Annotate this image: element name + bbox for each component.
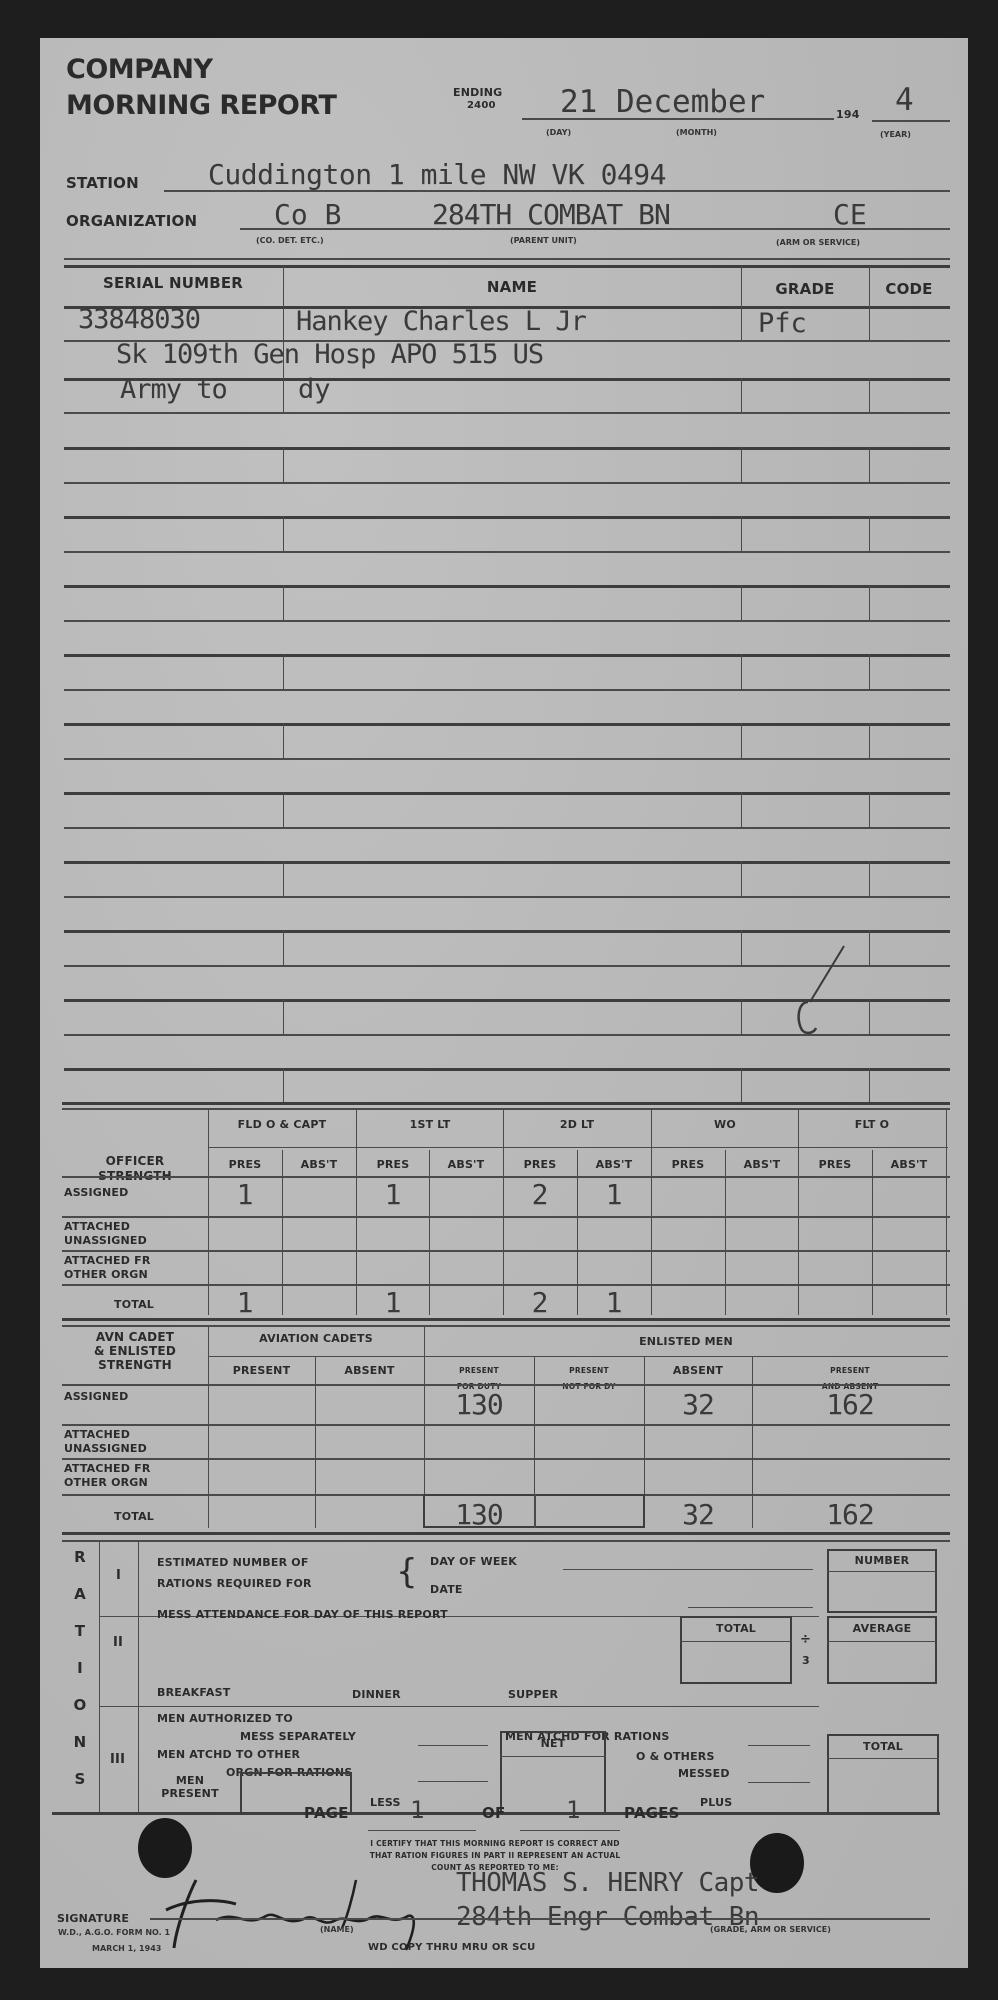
officer-row-label: ATTACHEDUNASSIGNED [64, 1220, 204, 1248]
roster-column-divider [283, 585, 284, 620]
ending-label: ENDING [453, 86, 502, 99]
enlisted-title-2: & ENLISTED [62, 1344, 208, 1358]
roster-column-divider [869, 792, 870, 827]
roster-column-divider [869, 585, 870, 620]
roster-line [64, 758, 950, 760]
enlisted-row-line [62, 1424, 950, 1426]
men-authorized-line2: MESS SEPARATELY [240, 1730, 356, 1743]
code-divider [869, 378, 870, 412]
section-i-line1: ESTIMATED NUMBER OF [157, 1556, 309, 1569]
form-date: MARCH 1, 1943 [92, 1944, 161, 1953]
officer-row-label: ASSIGNED [64, 1186, 204, 1200]
company-caption: (CO. DET. ETC.) [256, 236, 324, 245]
roster-line [64, 896, 950, 898]
officer-table-top-2 [62, 1108, 950, 1110]
organization-label: ORGANIZATION [66, 212, 197, 230]
brace-icon: { [396, 1552, 418, 1592]
officer-row-label-line1: ATTACHED [64, 1220, 204, 1234]
roster-column-divider [869, 447, 870, 482]
roster-column-divider [869, 861, 870, 896]
signer-name: THOMAS S. HENRY Capt [456, 1868, 759, 1898]
enlisted-cell-value: 162 [752, 1388, 948, 1421]
enlisted-header-divider [208, 1356, 948, 1357]
dinner-label: DINNER [352, 1688, 401, 1701]
enlisted-row-label: ASSIGNED [64, 1390, 204, 1404]
section-i-line2: RATIONS REQUIRED FOR [157, 1577, 312, 1590]
roster-column-divider [869, 516, 870, 551]
day-of-week-field[interactable] [563, 1569, 813, 1570]
officer-group-header: 1ST LT [356, 1118, 504, 1131]
enlisted-subheader: PRESENTNOT FOR DY [534, 1363, 644, 1395]
officer-cell-value: 1 [577, 1178, 651, 1211]
entry-name: Hankey Charles L Jr [296, 306, 586, 337]
enlisted-subheader: ABSENT [315, 1363, 424, 1379]
rations-divider-1 [99, 1542, 100, 1812]
organization-parent-unit: 284TH COMBAT BN [432, 198, 670, 231]
roster-line [64, 930, 950, 933]
supper-label: SUPPER [508, 1688, 558, 1701]
roster-column-divider [741, 1068, 742, 1103]
net-label: NET [500, 1737, 606, 1750]
parent-unit-caption: (PARENT UNIT) [510, 236, 577, 245]
section-ii-numeral: II [113, 1635, 123, 1650]
aviation-cadets-header: AVIATION CADETS [208, 1332, 424, 1345]
enlisted-row-label: TOTAL [64, 1510, 204, 1524]
officer-cell-value: 1 [577, 1286, 651, 1319]
roster-line [64, 620, 950, 622]
month-caption: (MONTH) [676, 128, 717, 137]
copy-note: WD COPY THRU MRU OR SCU [368, 1942, 535, 1953]
rations-total-divider [827, 1758, 939, 1759]
men-present-line1: MEN [140, 1774, 240, 1787]
officer-subheader: PRES [208, 1158, 282, 1171]
form-title-line1: COMPANY [66, 54, 213, 85]
roster-line [64, 447, 950, 450]
date-underline [522, 118, 834, 120]
plus-label: PLUS [700, 1796, 732, 1809]
of-label: OF [482, 1804, 505, 1822]
officer-subheader: ABS'T [725, 1158, 799, 1171]
roster-column-divider [869, 930, 870, 965]
rations-side-letter: T [62, 1622, 98, 1640]
enlisted-strength-title: AVN CADET & ENLISTED STRENGTH [62, 1330, 208, 1372]
roster-column-divider [283, 792, 284, 827]
breakfast-label: BREAKFAST [157, 1686, 230, 1699]
col-text: PRESENT [424, 1363, 534, 1379]
col-present: PRESENT [208, 1363, 315, 1379]
arm-caption: (ARM OR SERVICE) [776, 238, 860, 247]
entry-remark-line1: Sk 109th Gen Hosp APO 515 US [116, 339, 543, 370]
entry-remark-line2a: Army to [120, 374, 227, 405]
officer-column-divider [282, 1150, 283, 1315]
handwritten-c-mark-icon [758, 940, 848, 1040]
officer-subheader: ABS'T [577, 1158, 651, 1171]
officer-subheader: PRES [651, 1158, 725, 1171]
rations-side-letter: A [62, 1585, 98, 1603]
enlisted-row-line [62, 1384, 950, 1386]
enlisted-cell-value: 162 [752, 1498, 948, 1531]
enlisted-title-1: AVN CADET [62, 1330, 208, 1344]
average-label: AVERAGE [827, 1622, 937, 1635]
officer-row-label: ATTACHED FROTHER ORGN [64, 1254, 204, 1282]
officer-strength-title: OFFICER STRENGTH [62, 1154, 208, 1184]
binder-hole-left [138, 1818, 192, 1878]
enlisted-row-label-line1: ASSIGNED [64, 1390, 204, 1404]
certify-line2: THAT RATION FIGURES IN PART II REPRESENT… [270, 1850, 720, 1862]
year-underline [872, 120, 950, 122]
roster-line [64, 792, 950, 795]
rations-top [62, 1532, 950, 1535]
form-title-line2: MORNING REPORT [66, 90, 336, 121]
roster-line [64, 1068, 950, 1071]
officer-subheader: PRES [356, 1158, 430, 1171]
roster-column-divider [283, 1068, 284, 1103]
column-header-code: CODE [870, 280, 948, 298]
officer-group-header: FLD O & CAPT [208, 1118, 356, 1131]
men-atchd-rations-field[interactable] [748, 1745, 810, 1746]
officer-cell-value: 1 [208, 1178, 282, 1211]
entry-serial-number: 33848030 [78, 304, 200, 335]
roster-column-divider [741, 585, 742, 620]
enlisted-men-header: ENLISTED MEN [424, 1335, 948, 1348]
number-label: NUMBER [827, 1554, 937, 1567]
enlisted-row-label-line2: OTHER ORGN [64, 1476, 204, 1490]
pages-label: PAGES [624, 1804, 680, 1822]
roster-top-border-2 [64, 265, 950, 268]
o-and-others-line1: O & OTHERS [636, 1750, 715, 1763]
roster-line [64, 482, 950, 484]
ending-time: 2400 [467, 100, 496, 111]
officer-subheader: ABS'T [282, 1158, 356, 1171]
page-number: 1 [410, 1796, 424, 1824]
officer-column-divider [872, 1150, 873, 1315]
enlisted-row-label-line1: TOTAL [64, 1510, 204, 1524]
roster-column-divider [869, 723, 870, 758]
pages-total-field[interactable] [520, 1830, 620, 1831]
rations-divider-2 [138, 1542, 139, 1812]
name-caption: (NAME) [320, 1925, 354, 1934]
organization-company: Co B [274, 198, 341, 231]
officer-cell-value: 1 [208, 1286, 282, 1319]
roster-column-divider [869, 999, 870, 1034]
mess-total-divider [680, 1641, 792, 1642]
year-prefix: 194 [836, 108, 860, 121]
grade-divider [741, 266, 742, 342]
roster-line [64, 585, 950, 588]
enlisted-cell-value: 32 [644, 1498, 752, 1531]
men-present-label: MEN PRESENT [140, 1774, 240, 1800]
roster-column-divider [283, 861, 284, 896]
roster-column-divider [741, 999, 742, 1034]
men-atchd-other-field[interactable] [418, 1781, 488, 1782]
men-atchd-other-line1: MEN ATCHD TO OTHER [157, 1748, 300, 1761]
date-label: DATE [430, 1583, 463, 1596]
roster-line [64, 689, 950, 691]
roster-line [64, 412, 950, 414]
enlisted-table-top [62, 1318, 950, 1321]
roster-column-divider [741, 516, 742, 551]
officer-subheader: ABS'T [872, 1158, 946, 1171]
grade-caption: (GRADE, ARM OR SERVICE) [710, 1925, 831, 1934]
roster-column-divider [741, 447, 742, 482]
enlisted-column-divider [208, 1327, 209, 1528]
divide-icon: ÷ [800, 1632, 811, 1647]
page-label: PAGE [304, 1804, 349, 1822]
page-number-field[interactable] [368, 1830, 476, 1831]
column-header-grade: GRADE [742, 280, 868, 298]
roster-top-border [64, 258, 950, 260]
col-text: PRESENT [534, 1363, 644, 1379]
station-underline [164, 190, 950, 192]
roster-column-divider [741, 654, 742, 689]
day-caption: (DAY) [546, 128, 571, 137]
roster-line [64, 827, 950, 829]
report-year: 4 [895, 82, 914, 118]
officer-subheader: PRES [503, 1158, 577, 1171]
column-header-serial: SERIAL NUMBER [64, 274, 282, 292]
station-value: Cuddington 1 mile NW VK 0494 [208, 158, 666, 191]
station-label: STATION [66, 174, 139, 192]
col-absent: ABSENT [315, 1363, 424, 1379]
officer-subheader: PRES [798, 1158, 872, 1171]
rations-side-letter: S [62, 1770, 98, 1788]
rations-side-letter: R [62, 1548, 98, 1566]
enlisted-row-label-line1: ATTACHED [64, 1428, 204, 1442]
officer-column-divider [725, 1150, 726, 1315]
enlisted-subheader: ABSENT [644, 1363, 752, 1379]
signature-label: SIGNATURE [57, 1912, 129, 1925]
enlisted-subheader: PRESENT [208, 1363, 315, 1379]
rations-total-label: TOTAL [827, 1740, 939, 1753]
section-i-numeral: I [116, 1568, 121, 1583]
officer-row-label-line1: TOTAL [64, 1298, 204, 1312]
roster-line [64, 861, 950, 864]
roster-line [64, 551, 950, 553]
roster-column-divider [869, 1068, 870, 1103]
signature-line [150, 1918, 930, 1920]
men-present-line2: PRESENT [140, 1787, 240, 1800]
enlisted-cell-value: 32 [644, 1388, 752, 1421]
roster-line [64, 723, 950, 726]
men-authorized-line1: MEN AUTHORIZED TO [157, 1712, 293, 1725]
enlisted-row-line [62, 1458, 950, 1460]
less-label: LESS [370, 1796, 401, 1809]
number-box-divider [827, 1571, 937, 1572]
officer-row-line [62, 1216, 950, 1218]
year-caption: (YEAR) [880, 130, 911, 139]
roster-column-divider [283, 516, 284, 551]
roster-column-divider [283, 930, 284, 965]
certify-line1: I CERTIFY THAT THIS MORNING REPORT IS CO… [270, 1838, 720, 1850]
date-field[interactable] [688, 1607, 813, 1608]
roster-column-divider [741, 792, 742, 827]
others-messed-field[interactable] [748, 1782, 810, 1783]
roster-column-divider [869, 654, 870, 689]
entry-grade: Pfc [758, 308, 807, 339]
entry-remark-line2b: dy [298, 374, 331, 405]
roster-column-divider [741, 723, 742, 758]
rations-section-divider [99, 1706, 819, 1707]
pages-total: 1 [566, 1796, 580, 1824]
rations-side-letter: I [62, 1659, 98, 1677]
roster-column-divider [283, 999, 284, 1034]
officer-row-label: TOTAL [64, 1298, 204, 1312]
officer-group-header: FLT O [798, 1118, 946, 1131]
enlisted-row-label: ATTACHEDUNASSIGNED [64, 1428, 204, 1456]
enlisted-row-label-line2: UNASSIGNED [64, 1442, 204, 1456]
organization-underline [240, 228, 950, 230]
enlisted-row-label: ATTACHED FROTHER ORGN [64, 1462, 204, 1490]
roster-column-divider [741, 861, 742, 896]
average-divider [827, 1641, 937, 1642]
rations-side-letter: N [62, 1733, 98, 1751]
roster-line [64, 654, 950, 657]
day-of-week-label: DAY OF WEEK [430, 1555, 517, 1568]
o-and-others-line2: MESSED [678, 1767, 730, 1780]
officer-cell-value: 1 [356, 1178, 430, 1211]
officer-strength-title-1: OFFICER [62, 1154, 208, 1169]
total-box-divider [534, 1494, 536, 1528]
officer-row-line [62, 1250, 950, 1252]
enlisted-row-label-line1: ATTACHED FR [64, 1462, 204, 1476]
roster-column-divider [283, 654, 284, 689]
mess-attendance-title: MESS ATTENDANCE FOR DAY OF THIS REPORT [157, 1608, 448, 1621]
serial-divider [283, 266, 284, 412]
roster-column-divider [283, 447, 284, 482]
officer-header-divider [208, 1147, 948, 1148]
officer-subheader: ABS'T [429, 1158, 503, 1171]
grade-divider [741, 378, 742, 412]
report-date: 21 December [560, 84, 765, 120]
enlisted-title-3: STRENGTH [62, 1358, 208, 1372]
col-text: NOT FOR DY [534, 1379, 644, 1395]
column-header-name: NAME [284, 278, 740, 296]
form-number: W.D., A.G.O. FORM NO. 1 [58, 1928, 170, 1937]
code-divider [869, 266, 870, 342]
officer-cell-value: 1 [356, 1286, 430, 1319]
officer-row-label-line2: OTHER ORGN [64, 1268, 204, 1282]
section-iii-numeral: III [110, 1752, 125, 1767]
col-text: PRESENT [752, 1363, 948, 1379]
rations-side-letter: O [62, 1696, 98, 1714]
organization-arm: CE [833, 198, 867, 231]
mess-total-label: TOTAL [680, 1622, 792, 1635]
officer-table-top [62, 1102, 950, 1105]
roster-column-divider [283, 723, 284, 758]
divisor-value: 3 [802, 1654, 810, 1667]
enlisted-table-top-2 [62, 1325, 950, 1327]
officer-cell-value: 2 [503, 1178, 577, 1211]
mess-separately-field[interactable] [418, 1745, 488, 1746]
officer-row-label-line2: UNASSIGNED [64, 1234, 204, 1248]
officer-cell-value: 2 [503, 1286, 577, 1319]
officer-group-header: 2D LT [503, 1118, 651, 1131]
enlisted-cell-value: 130 [424, 1388, 534, 1421]
rations-top-2 [62, 1540, 950, 1542]
officer-row-label-line1: ASSIGNED [64, 1186, 204, 1200]
enlisted-column-divider [315, 1357, 316, 1528]
roster-line [64, 516, 950, 519]
officer-row-label-line1: ATTACHED FR [64, 1254, 204, 1268]
net-divider [500, 1756, 606, 1757]
col-absent-em: ABSENT [644, 1363, 752, 1379]
roster-column-divider [741, 930, 742, 965]
officer-group-header: WO [651, 1118, 799, 1131]
